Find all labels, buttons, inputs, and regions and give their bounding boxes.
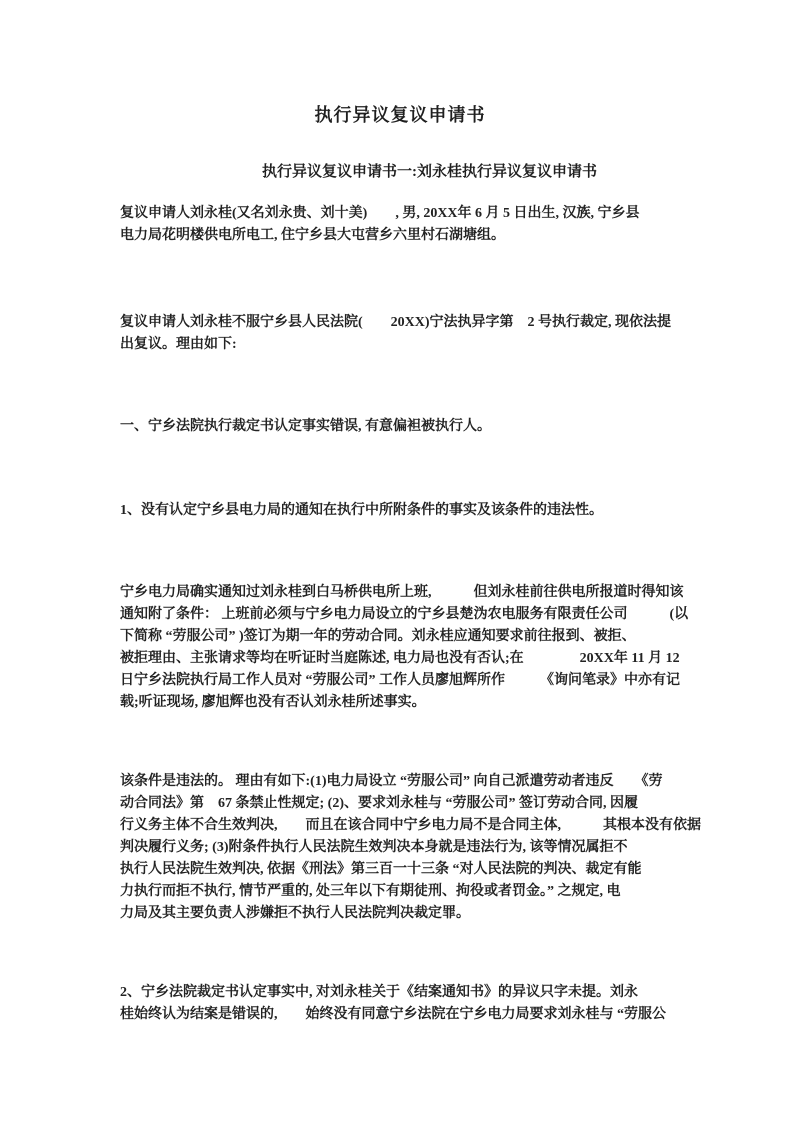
- paragraph-applicant-info: 复议申请人刘永桂(又名刘永贵、刘十美) , 男, 20XX年 6 月 5 日出生…: [120, 203, 640, 247]
- paragraph-illegality-reasons: 该条件是违法的。 理由有如下:(1)电力局设立 “劳服公司” 向自己派遣劳动者违…: [120, 771, 701, 925]
- section-heading-fact-errors: 一、宁乡法院执行裁定书认定事实错误, 有意偏袒被执行人。: [120, 416, 491, 438]
- document-title: 执行异议复议申请书: [0, 103, 800, 127]
- document-page: 执行异议复议申请书 执行异议复议申请书一:刘永桂执行异议复议申请书 复议申请人刘…: [0, 0, 800, 1133]
- paragraph-reconsideration-request: 复议申请人刘永桂不服宁乡县人民法院( 20XX)宁法执异字第 2 号执行裁定, …: [120, 312, 671, 356]
- subsection-heading-notice-conditions: 1、没有认定宁乡县电力局的通知在执行中所附条件的事实及该条件的违法性。: [120, 500, 603, 522]
- paragraph-notice-facts: 宁乡电力局确实通知过刘永桂到白马桥供电所上班, 但刘永桂前往供电所报道时得知该 …: [120, 582, 688, 714]
- paragraph-closure-objection: 2、宁乡法院裁定书认定事实中, 对刘永桂关于《结案通知书》的异议只字未提。刘永 …: [120, 982, 666, 1026]
- document-subtitle: 执行异议复议申请书一:刘永桂执行异议复议申请书: [262, 161, 597, 183]
